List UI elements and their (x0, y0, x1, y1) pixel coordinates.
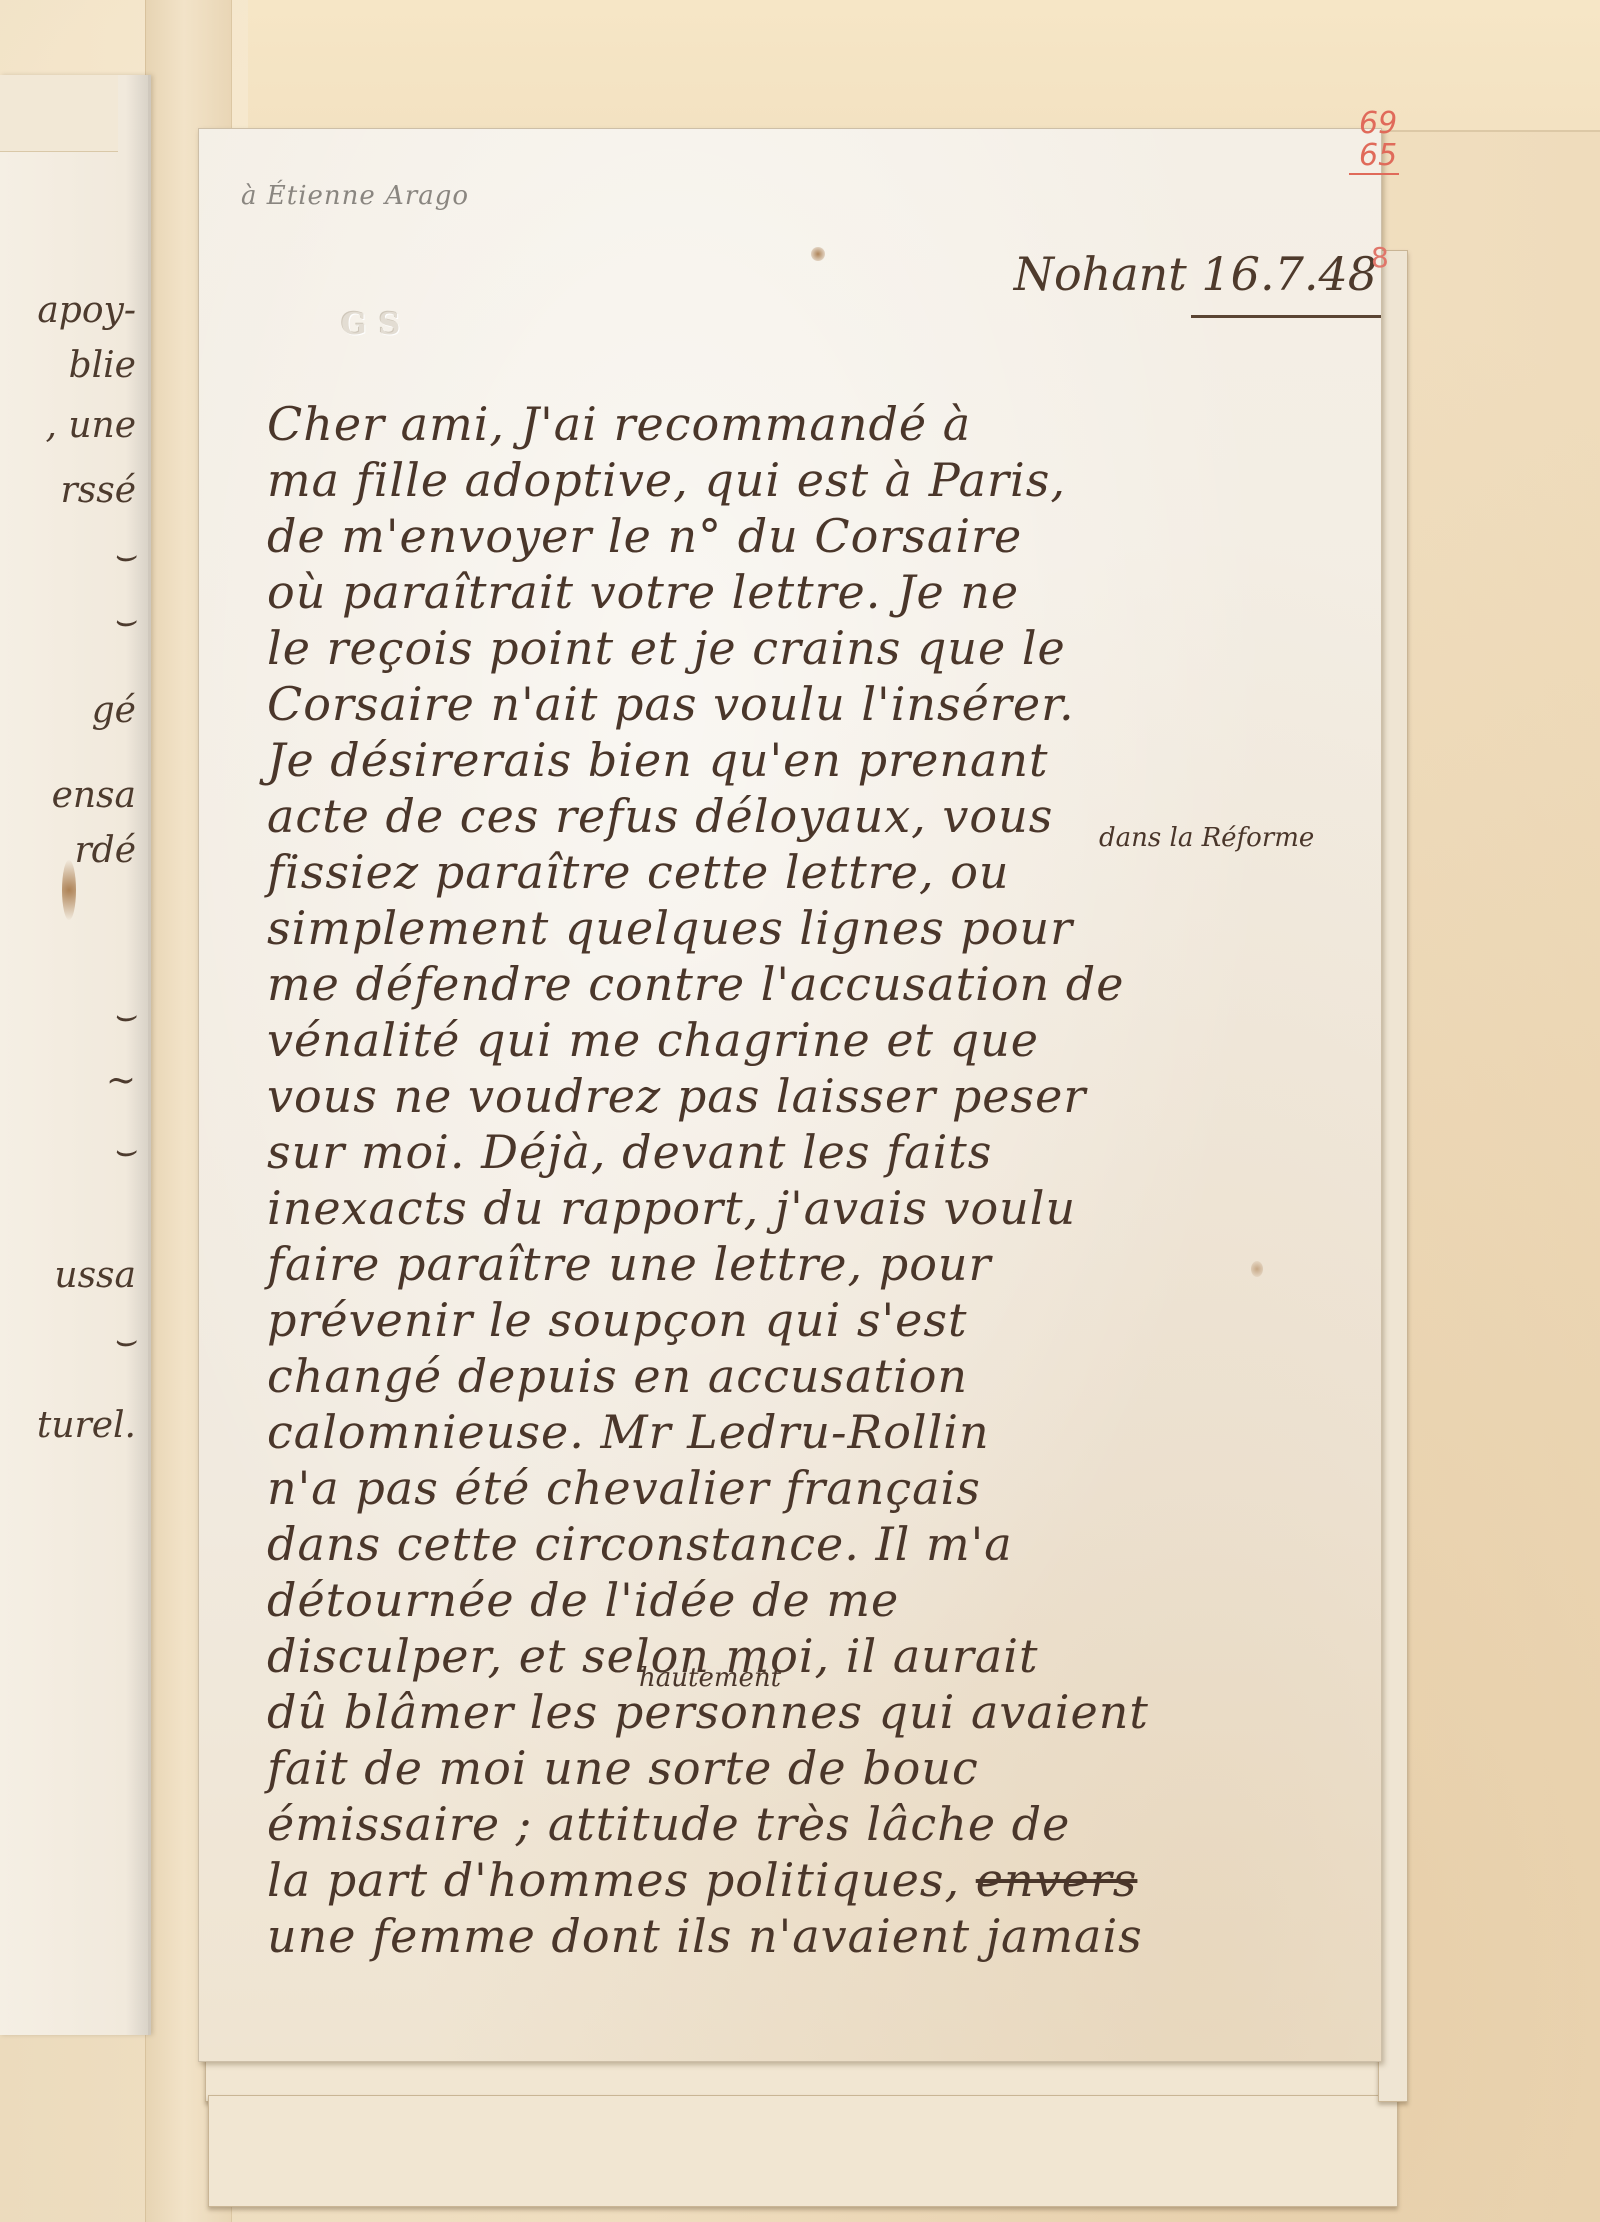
letter-line: Cher ami, J'ai recommandé à (267, 397, 971, 451)
dateline-underline (1191, 315, 1381, 318)
left-page-fragment: ~ (106, 1060, 136, 1101)
letter-line: sur moi. Déjà, devant les faits (267, 1125, 992, 1179)
letter-line: de m'envoyer le n° du Corsaire (267, 509, 1022, 563)
letter-dateline: Nohant 16.7.48 (1014, 247, 1377, 301)
letter-line: émissaire ; attitude très lâche de (267, 1797, 1070, 1851)
letter-line: inexacts du rapport, j'avais voulu (267, 1181, 1076, 1235)
ink-stain (62, 860, 76, 920)
letter-line: prévenir le soupçon qui s'est (267, 1293, 967, 1347)
letter-line: ma fille adoptive, qui est à Paris, (267, 453, 1066, 507)
left-page-fragment: ensa (52, 775, 136, 816)
red-edge-mark: 8 (1371, 241, 1389, 274)
letter-line: faire paraître une lettre, pour (267, 1237, 992, 1291)
left-page-fragment: ⌣ (112, 995, 136, 1037)
left-page-fragment: gé (92, 690, 136, 731)
letter-line: simplement quelques lignes pour (267, 901, 1073, 955)
letter-page: à Étienne Arago 69 65 GS Nohant 16.7.48 … (198, 128, 1382, 2062)
letter-line: le reçois point et je crains que le (267, 621, 1066, 675)
folio-number-current: 65 (1359, 141, 1397, 171)
letter-line: dû blâmer les personnes qui avaient (267, 1685, 1149, 1739)
letter-line: fissiez paraître cette lettre, ou (267, 845, 1010, 899)
left-page-fragment: rdé (74, 830, 136, 871)
left-page-fragment: ussa (54, 1255, 136, 1296)
letter-line: détournée de l'idée de me (267, 1573, 899, 1627)
letter-line: fait de moi une sorte de bouc (267, 1741, 979, 1795)
letter-line: dans cette circonstance. Il m'a (267, 1517, 1013, 1571)
letter-line: acte de ces refus déloyaux, vous (267, 789, 1053, 843)
left-facing-page: apoy- blie , une rssé ⌣ ⌣ gé ensa rdé ⌣ … (0, 75, 151, 2035)
stacked-sheet-3 (208, 2095, 1398, 2207)
left-page-fragment: ⌣ (112, 600, 136, 642)
letter-line: vous ne voudrez pas laisser peser (267, 1069, 1086, 1123)
interlinear-insertion: dans la Réforme (1099, 823, 1314, 853)
letter-line: vénalité qui me chagrine et que (267, 1013, 1039, 1067)
letter-line: une femme dont ils n'avaient jamais (267, 1909, 1143, 1963)
pencil-recipient-note: à Étienne Arago (241, 181, 469, 211)
letter-line: changé depuis en accusation (267, 1349, 968, 1403)
letter-line: la part d'hommes politiques, envers (267, 1853, 1137, 1907)
letter-line: n'a pas été chevalier français (267, 1461, 981, 1515)
struck-word: envers (976, 1853, 1138, 1907)
letter-line: calomnieuse. Mr Ledru-Rollin (267, 1405, 990, 1459)
folio-number-old: 69 (1359, 109, 1397, 139)
underlying-sheet-top (248, 0, 1600, 132)
left-page-fragment: turel. (37, 1405, 136, 1446)
letter-line: Je désirerais bien qu'en prenant (267, 733, 1048, 787)
left-page-fragment: rssé (61, 470, 136, 511)
foxing-spot (1251, 1261, 1263, 1277)
folio-underline (1349, 173, 1399, 175)
stacked-sheet-edge (1378, 250, 1408, 2102)
left-page-fragment: ⌣ (112, 1320, 136, 1362)
letter-line: Corsaire n'ait pas voulu l'insérer. (267, 677, 1075, 731)
letter-line: où paraîtrait votre lettre. Je ne (267, 565, 1019, 619)
left-page-fragment: apoy- (37, 290, 136, 331)
left-page-fragment: ⌣ (112, 535, 136, 577)
left-page-fragment: blie (69, 345, 136, 386)
ink-spot (811, 247, 825, 261)
left-page-fragment: , une (45, 405, 136, 446)
left-page-fragment: ⌣ (112, 1130, 136, 1172)
embossed-monogram: GS (341, 307, 412, 342)
left-page-upper-sheet (0, 75, 118, 152)
letter-line: me défendre contre l'accusation de (267, 957, 1124, 1011)
